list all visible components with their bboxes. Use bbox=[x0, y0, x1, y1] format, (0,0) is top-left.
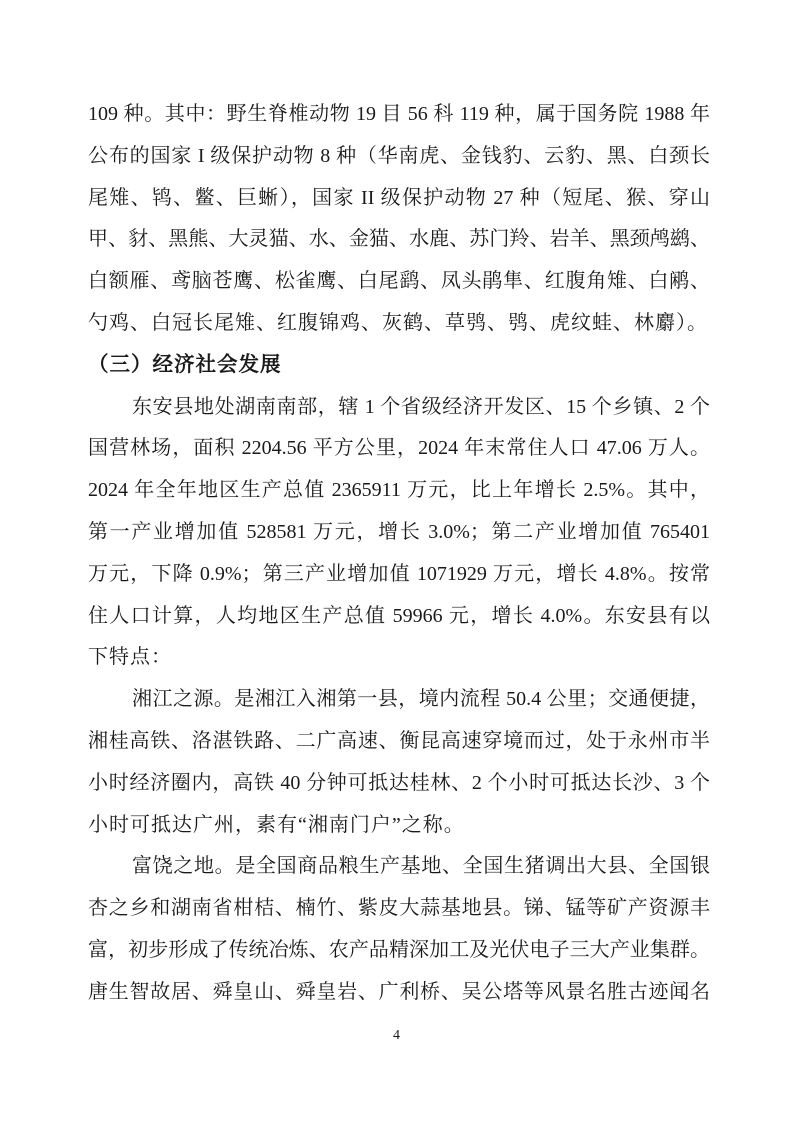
text-line: 万元，下降 0.9%；第三产业增加值 1071929 万元，增长 4.8%。按常 bbox=[88, 554, 710, 596]
document-body: 109 种。其中：野生脊椎动物 19 目 56 科 119 种，属于国务院 19… bbox=[88, 94, 710, 1014]
text-line: 甲、豺、黑熊、大灵猫、水、金猫、水鹿、苏门羚、岩羊、黑颈鸬鹚、 bbox=[88, 219, 710, 261]
text-line: 第一产业增加值 528581 万元，增长 3.0%；第二产业增加值 765401 bbox=[88, 512, 710, 554]
text-line: 109 种。其中：野生脊椎动物 19 目 56 科 119 种，属于国务院 19… bbox=[88, 94, 710, 136]
text-line: 小时经济圈内，高铁 40 分钟可抵达桂林、2 个小时可抵达长沙、3 个 bbox=[88, 763, 710, 805]
text-line: 国营林场，面积 2204.56 平方公里，2024 年末常住人口 47.06 万… bbox=[88, 428, 710, 470]
text-line: 小时可抵达广州，素有“湘南门户”之称。 bbox=[88, 805, 710, 847]
document-page: 109 种。其中：野生脊椎动物 19 目 56 科 119 种，属于国务院 19… bbox=[0, 0, 793, 1122]
text-line: 白额雁、鸢脑苍鹰、松雀鹰、白尾鹞、凤头鹃隼、红腹角雉、白鹇、 bbox=[88, 261, 710, 303]
text-line: 东安县地处湖南南部，辖 1 个省级经济开发区、15 个乡镇、2 个 bbox=[88, 387, 710, 429]
text-line: 富饶之地。是全国商品粮生产基地、全国生猪调出大县、全国银 bbox=[88, 846, 710, 888]
text-line: 湘江之源。是湘江入湘第一县，境内流程 50.4 公里；交通便捷， bbox=[88, 679, 710, 721]
text-line: 2024 年全年地区生产总值 2365911 万元，比上年增长 2.5%。其中， bbox=[88, 470, 710, 512]
text-line: 住人口计算，人均地区生产总值 59966 元，增长 4.0%。东安县有以 bbox=[88, 596, 710, 638]
text-line: 下特点： bbox=[88, 637, 710, 679]
text-line: 富，初步形成了传统冶炼、农产品精深加工及光伏电子三大产业集群。 bbox=[88, 930, 710, 972]
text-line: 湘桂高铁、洛湛铁路、二广高速、衡昆高速穿境而过，处于永州市半 bbox=[88, 721, 710, 763]
text-line: 杏之乡和湖南省柑桔、楠竹、紫皮大蒜基地县。锑、锰等矿产资源丰 bbox=[88, 888, 710, 930]
section-heading: （三）经济社会发展 bbox=[88, 345, 710, 387]
text-line: 唐生智故居、舜皇山、舜皇岩、广利桥、吴公塔等风景名胜古迹闻名 bbox=[88, 972, 710, 1014]
text-line: 公布的国家 I 级保护动物 8 种（华南虎、金钱豹、云豹、黑、白颈长 bbox=[88, 136, 710, 178]
page-number: 4 bbox=[0, 1026, 793, 1046]
text-line: 勺鸡、白冠长尾雉、红腹锦鸡、灰鹤、草鸮、鸮、虎纹蛙、林麝）。 bbox=[88, 303, 710, 345]
text-line: 尾雉、鸨、鳖、巨蜥），国家 II 级保护动物 27 种（短尾、猴、穿山 bbox=[88, 178, 710, 220]
